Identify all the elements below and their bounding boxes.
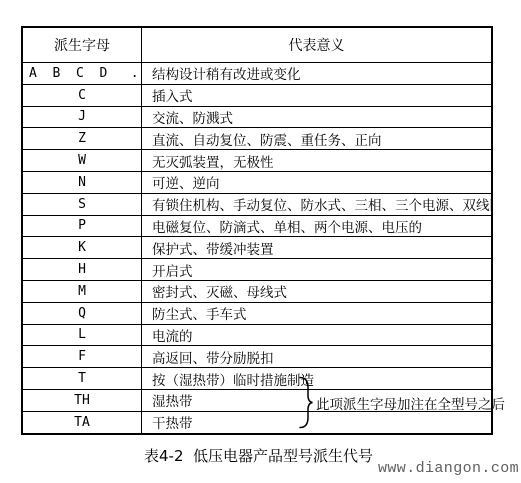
meaning-cell: 电磁复位、防滴式、单相、两个电源、电压的 bbox=[142, 216, 491, 237]
table-row: M 密封式、灭磁、母线式 bbox=[23, 280, 491, 302]
meaning-cell: 交流、防溅式 bbox=[142, 107, 491, 128]
watermark-url: www.diangon.com bbox=[378, 460, 519, 477]
table-row: N 可逆、逆向 bbox=[23, 171, 491, 193]
meaning-cell: 按（湿热带）临时措施制造 bbox=[142, 368, 491, 389]
table-row: L 电流的 bbox=[23, 324, 491, 346]
table-row: S 有锁住机构、手动复位、防水式、三相、三个电源、双线圈 bbox=[23, 193, 491, 215]
table-row: A B C D ...... 结构设计稍有改进或变化 bbox=[23, 62, 491, 84]
derived-letter-cell: TA bbox=[23, 412, 142, 433]
table-row: K 保护式、带缓冲装置 bbox=[23, 236, 491, 258]
header-meaning: 代表意义 bbox=[142, 28, 491, 62]
meaning-cell: 电流的 bbox=[142, 325, 491, 346]
meaning-cell: 高返回、带分励脱扣 bbox=[142, 346, 491, 367]
derived-letter-cell: Z bbox=[23, 128, 142, 149]
derived-letter-cell: Q bbox=[23, 303, 142, 324]
header-derived-letter: 派生字母 bbox=[23, 28, 142, 62]
table-row: F 高返回、带分励脱扣 bbox=[23, 345, 491, 367]
derived-letter-cell: H bbox=[23, 259, 142, 280]
table-header-row: 派生字母 代表意义 bbox=[23, 28, 491, 62]
derived-letter-cell: M bbox=[23, 281, 142, 302]
table-row: Z 直流、自动复位、防震、重任务、正向 bbox=[23, 127, 491, 149]
derived-letter-cell: J bbox=[23, 107, 142, 128]
derived-letter-cell: K bbox=[23, 237, 142, 258]
derived-letter-cell: L bbox=[23, 325, 142, 346]
derived-letter-cell: P bbox=[23, 216, 142, 237]
derived-letter-cell: A B C D ...... bbox=[23, 63, 142, 84]
meaning-cell: 无灭弧装置，无极性 bbox=[142, 150, 491, 171]
table-row: C 插入式 bbox=[23, 84, 491, 106]
derived-letter-cell: N bbox=[23, 172, 142, 193]
derived-letter-cell: C bbox=[23, 85, 142, 106]
meaning-cell: 有锁住机构、手动复位、防水式、三相、三个电源、双线圈 bbox=[142, 194, 491, 215]
table-row: Q 防尘式、手车式 bbox=[23, 302, 491, 324]
brace-note: 此项派生字母加注在全型号之后 bbox=[316, 393, 505, 413]
right-brace-glyph bbox=[297, 376, 314, 429]
derived-letter-cell: T bbox=[23, 368, 142, 389]
derived-letter-cell: W bbox=[23, 150, 142, 171]
table-row: H 开启式 bbox=[23, 258, 491, 280]
meaning-cell: 可逆、逆向 bbox=[142, 172, 491, 193]
meaning-cell: 防尘式、手车式 bbox=[142, 303, 491, 324]
derived-letter-cell: F bbox=[23, 346, 142, 367]
table-row: T 按（湿热带）临时措施制造 bbox=[23, 367, 491, 389]
derived-letter-cell: S bbox=[23, 194, 142, 215]
meaning-cell: 保护式、带缓冲装置 bbox=[142, 237, 491, 258]
derived-codes-table: 派生字母 代表意义 A B C D ...... 结构设计稍有改进或变化 C 插… bbox=[21, 26, 493, 435]
table-row: TA 干热带 bbox=[23, 411, 491, 433]
table-row: J 交流、防溅式 bbox=[23, 106, 491, 128]
meaning-cell: 开启式 bbox=[142, 259, 491, 280]
document-page: 派生字母 代表意义 A B C D ...... 结构设计稍有改进或变化 C 插… bbox=[0, 0, 521, 483]
table-row: P 电磁复位、防滴式、单相、两个电源、电压的 bbox=[23, 215, 491, 237]
table-caption: 表4-2 低压电器产品型号派生代号 bbox=[144, 445, 373, 466]
meaning-cell: 插入式 bbox=[142, 85, 491, 106]
table-row: W 无灭弧装置，无极性 bbox=[23, 149, 491, 171]
meaning-cell: 密封式、灭磁、母线式 bbox=[142, 281, 491, 302]
meaning-cell: 结构设计稍有改进或变化 bbox=[142, 63, 491, 84]
derived-letter-cell: TH bbox=[23, 390, 142, 411]
meaning-cell: 干热带 bbox=[142, 412, 491, 433]
meaning-cell: 直流、自动复位、防震、重任务、正向 bbox=[142, 128, 491, 149]
